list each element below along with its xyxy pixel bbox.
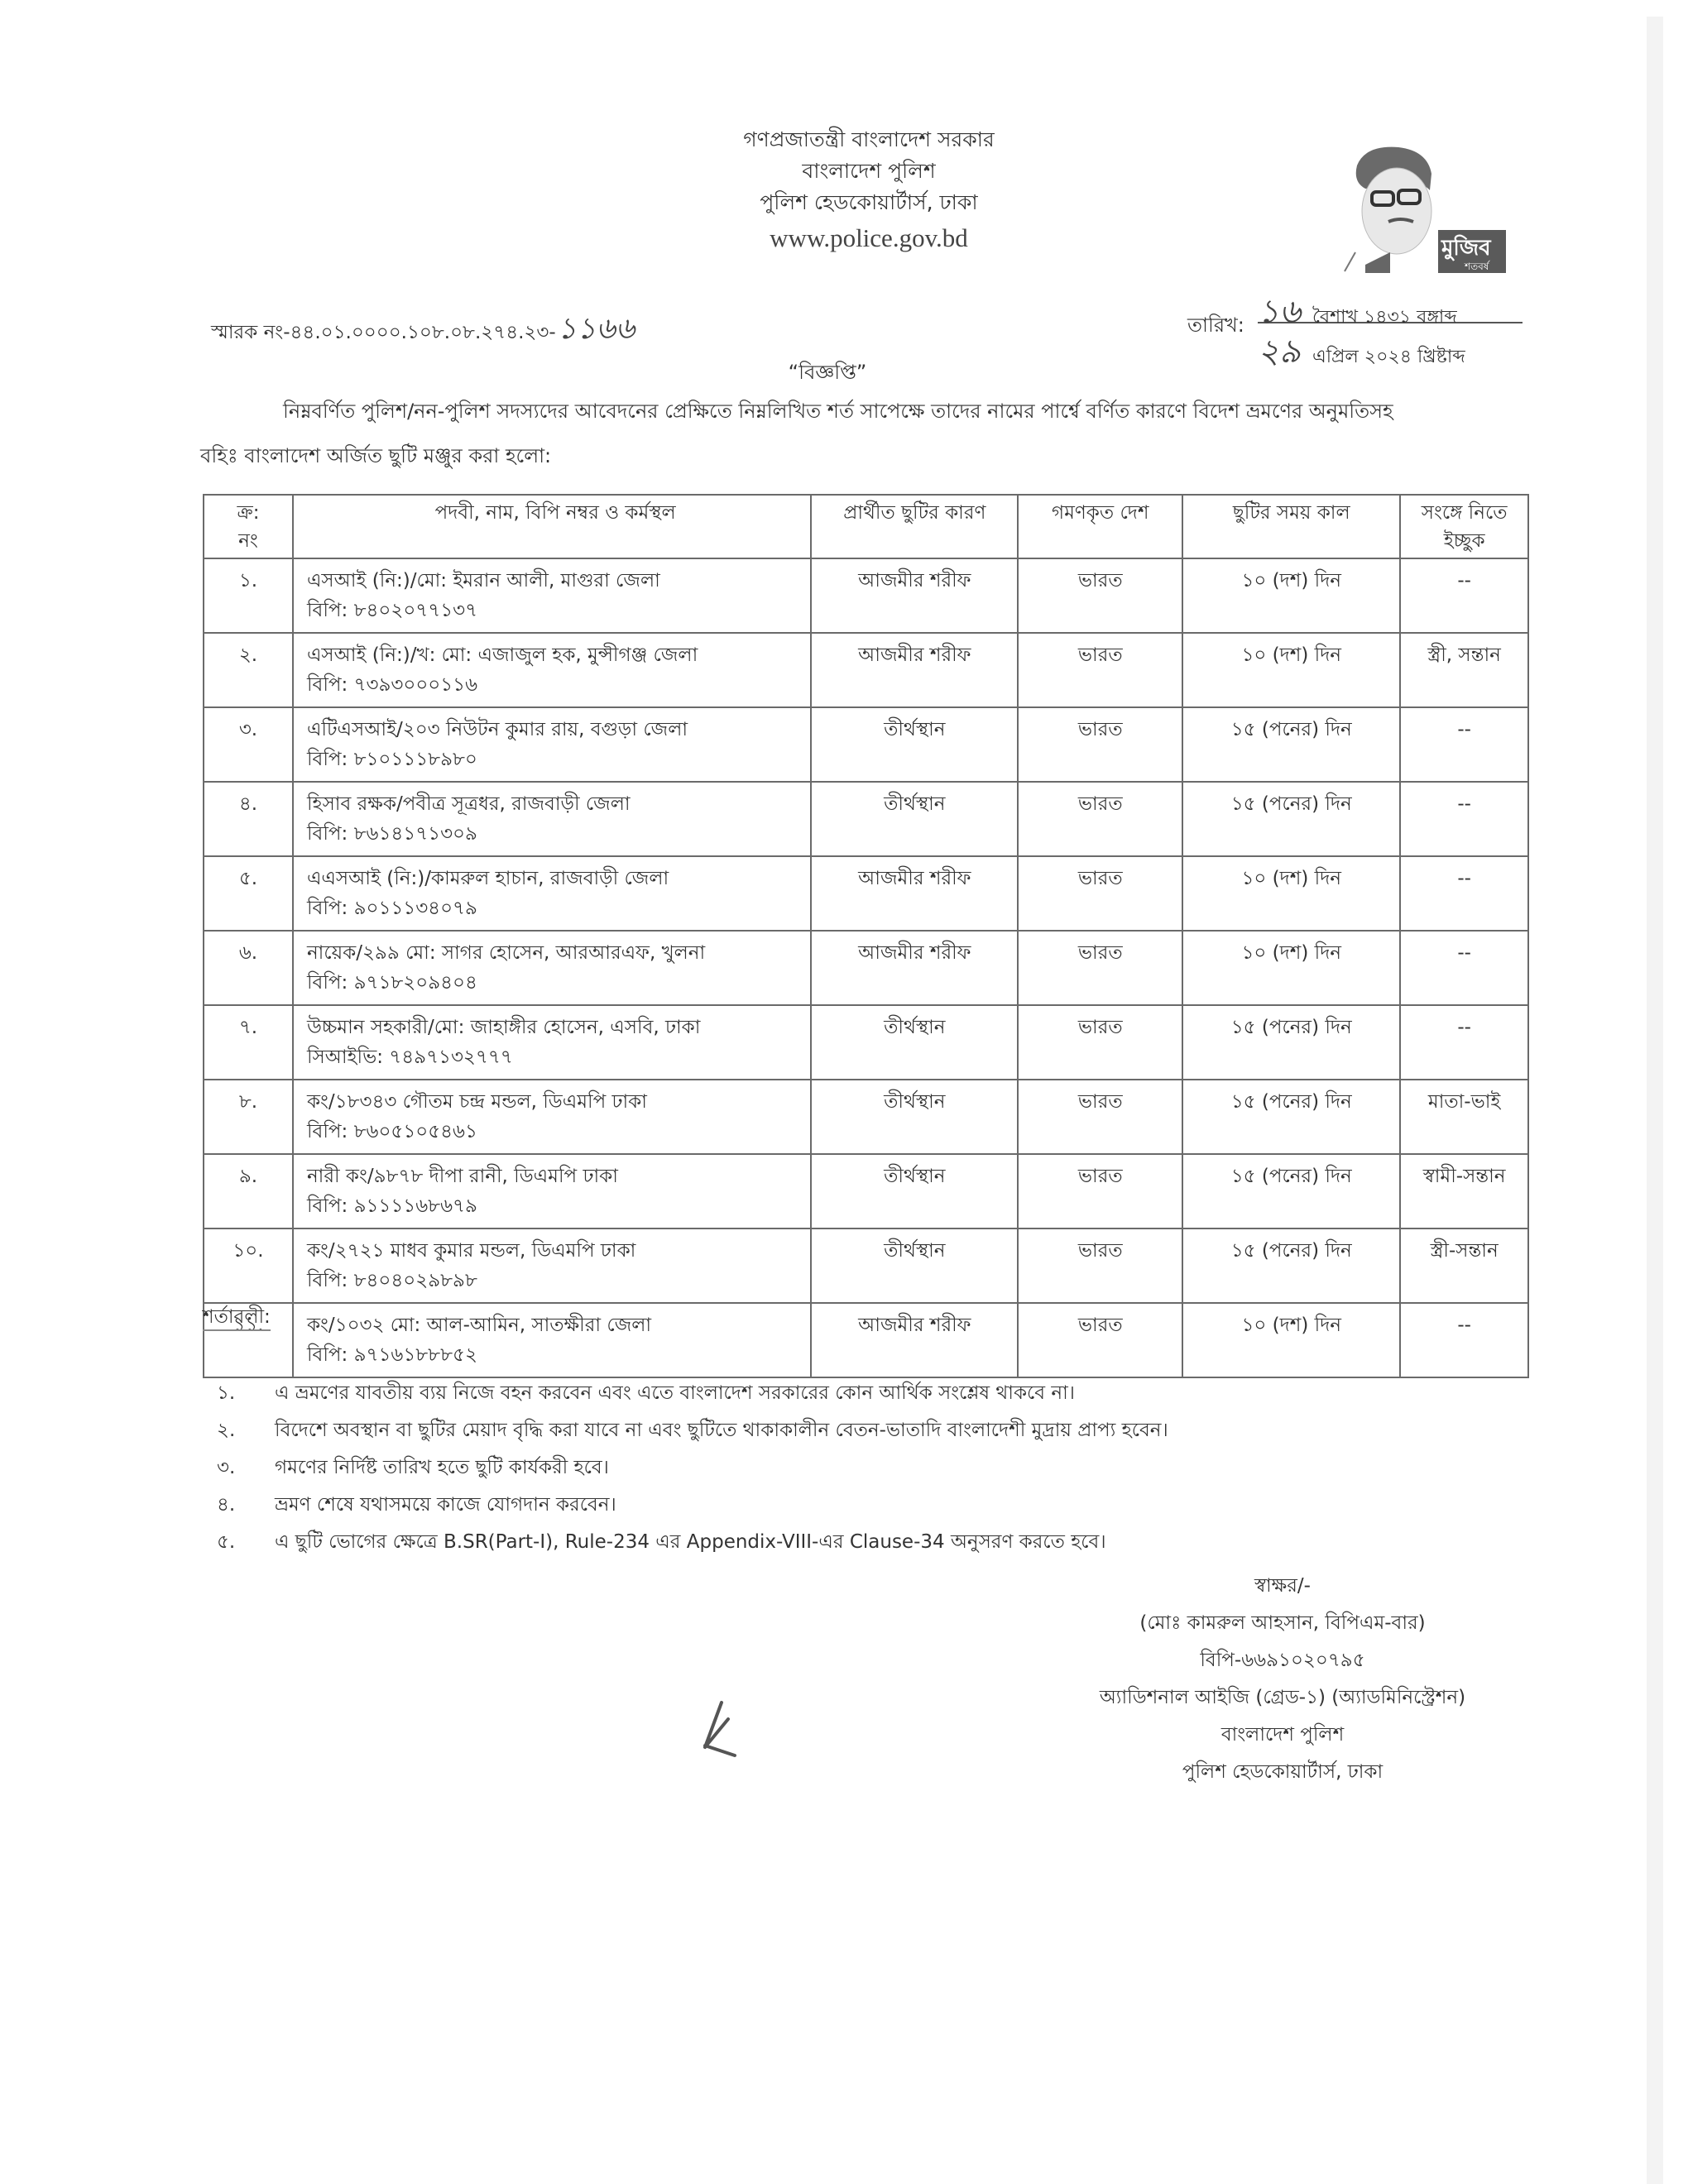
cell-country: ভারত <box>1018 1080 1182 1154</box>
letterhead: গণপ্রজাতন্ত্রী বাংলাদেশ সরকার বাংলাদেশ প… <box>579 124 1158 256</box>
cell-serial: ৬. <box>204 931 293 1005</box>
intro-line-1: নিম্নবর্ণিত পুলিশ/নন-পুলিশ সদস্যদের আবেদ… <box>200 389 1607 433</box>
cell-country: ভারত <box>1018 558 1182 633</box>
cell-period: ১০ (দশ) দিন <box>1182 1303 1400 1377</box>
cell-name: কং/২৭২১ মাধব কুমার মন্ডল, ডিএমপি ঢাকাবিপ… <box>293 1228 811 1303</box>
cell-country: ভারত <box>1018 782 1182 856</box>
cell-name: কং/১০৩২ মো: আল-আমিন, সাতক্ষীরা জেলাবিপি:… <box>293 1303 811 1377</box>
scan-edge-shadow <box>1647 17 1663 2184</box>
header-reason: প্রার্থীত ছুটির কারণ <box>811 495 1018 558</box>
cell-reason: আজমীর শরীফ <box>811 633 1018 707</box>
intro-line-2: বহিঃ বাংলাদেশ অর্জিত ছুটি মঞ্জুর করা হলো… <box>200 433 1607 478</box>
condition-text: ভ্রমণ শেষে যথাসময়ে কাজে যোগদান করবেন। <box>275 1494 616 1516</box>
member-bp-number: বিপি: ৮৬০৫১০৫৪৬১ <box>307 1117 803 1147</box>
cell-country: ভারত <box>1018 707 1182 782</box>
header-serial: ক্র:নং <box>204 495 293 558</box>
cell-name: হিসাব রক্ষক/পবীত্র সূত্রধর, রাজবাড়ী জেল… <box>293 782 811 856</box>
cell-name: নায়েক/২৯৯ মো: সাগর হোসেন, আরআরএফ, খুলনা… <box>293 931 811 1005</box>
signature-signed: স্বাক্ষর/- <box>1084 1568 1481 1605</box>
cell-period: ১৫ (পনের) দিন <box>1182 1228 1400 1303</box>
table-row: ২.এসআই (নি:)/খ: মো: এজাজুল হক, মুন্সীগঞ্… <box>204 633 1528 707</box>
cell-companions: স্বামী-সন্তান <box>1400 1154 1528 1228</box>
cell-country: ভারত <box>1018 931 1182 1005</box>
signatory-bp: বিপি-৬৬৯১০২০৭৯৫ <box>1084 1642 1481 1679</box>
cell-period: ১৫ (পনের) দিন <box>1182 1154 1400 1228</box>
member-name: কং/২৭২১ মাধব কুমার মন্ডল, ডিএমপি ঢাকা <box>307 1236 803 1266</box>
cell-companions: -- <box>1400 558 1528 633</box>
cell-serial: ৭. <box>204 1005 293 1080</box>
conditions-title: শর্তাবলী: <box>203 1305 271 1331</box>
condition-text: এ ভ্রমণের যাবতীয় ব্যয় নিজে বহন করবেন এ… <box>275 1382 1075 1404</box>
member-name: নায়েক/২৯৯ মো: সাগর হোসেন, আরআরএফ, খুলনা <box>307 938 803 968</box>
date-label: তারিখ: <box>1187 310 1244 343</box>
notice-title: “বিজ্ঞপ্তি” <box>0 357 1688 390</box>
condition-number: ২. <box>217 1412 275 1449</box>
svg-text:শতবর্ষ: শতবর্ষ <box>1464 261 1491 272</box>
condition-item: ২.বিদেশে অবস্থান বা ছুটির মেয়াদ বৃদ্ধি … <box>217 1412 1541 1449</box>
memo-number: স্মারক নং-৪৪.০১.০০০০.১০৮.০৮.২৭৪.২৩-১১৬৬ <box>211 306 635 356</box>
member-name: কং/১০৩২ মো: আল-আমিন, সাতক্ষীরা জেলা <box>307 1310 803 1340</box>
signatory-designation: অ্যাডিশনাল আইজি (গ্রেড-১) (অ্যাডমিনিস্ট্… <box>1084 1679 1481 1717</box>
cell-serial: ২. <box>204 633 293 707</box>
member-name: কং/১৮৩৪৩ গৌতম চন্দ্র মন্ডল, ডিএমপি ঢাকা <box>307 1087 803 1117</box>
cell-period: ১০ (দশ) দিন <box>1182 931 1400 1005</box>
condition-item: ৪.ভ্রমণ শেষে যথাসময়ে কাজে যোগদান করবেন। <box>217 1487 1541 1524</box>
cell-companions: -- <box>1400 1303 1528 1377</box>
cell-period: ১৫ (পনের) দিন <box>1182 1005 1400 1080</box>
signature-block: স্বাক্ষর/- (মোঃ কামরুল আহসান, বিপিএম-বার… <box>1084 1568 1481 1791</box>
letterhead-office: পুলিশ হেডকোয়ার্টার্স, ঢাকা <box>579 187 1158 218</box>
cell-name: কং/১৮৩৪৩ গৌতম চন্দ্র মন্ডল, ডিএমপি ঢাকাব… <box>293 1080 811 1154</box>
mujib-borsho-portrait-logo-icon: মুজিব শতবর্ষ <box>1307 141 1523 273</box>
cell-period: ১০ (দশ) দিন <box>1182 633 1400 707</box>
condition-text: বিদেশে অবস্থান বা ছুটির মেয়াদ বৃদ্ধি কর… <box>275 1420 1168 1441</box>
table-row: ১.এসআই (নি:)/মো: ইমরান আলী, মাগুরা জেলাব… <box>204 558 1528 633</box>
cell-country: ভারত <box>1018 1303 1182 1377</box>
member-bp-number: বিপি: ৯০১১১৩৪০৭৯ <box>307 893 803 923</box>
cell-reason: তীর্থস্থান <box>811 782 1018 856</box>
condition-text: এ ছুটি ভোগের ক্ষেত্রে B.SR(Part-I), Rule… <box>275 1531 1106 1553</box>
header-country: গমণকৃত দেশ <box>1018 495 1182 558</box>
cell-serial: ৫. <box>204 856 293 931</box>
cell-serial: ৯. <box>204 1154 293 1228</box>
cell-country: ভারত <box>1018 1228 1182 1303</box>
cell-companions: স্ত্রী-সন্তান <box>1400 1228 1528 1303</box>
member-bp-number: বিপি: ৯১১১১৬৮৬৭৯ <box>307 1191 803 1221</box>
cell-reason: আজমীর শরীফ <box>811 558 1018 633</box>
member-bp-number: সিআইভি: ৭৪৯৭১৩২৭৭৭ <box>307 1042 803 1072</box>
signatory-office: পুলিশ হেডকোয়ার্টার্স, ঢাকা <box>1084 1754 1481 1791</box>
member-bp-number: বিপি: ৮৪০২০৭৭১৩৭ <box>307 596 803 625</box>
signatory-name: (মোঃ কামরুল আহসান, বিপিএম-বার) <box>1084 1605 1481 1642</box>
leave-table: ক্র:নং পদবী, নাম, বিপি নম্বর ও কর্মস্থল … <box>203 494 1529 1378</box>
condition-number: ৩. <box>217 1449 275 1487</box>
cell-reason: তীর্থস্থান <box>811 707 1018 782</box>
cell-companions: -- <box>1400 1005 1528 1080</box>
condition-item: ৩.গমণের নির্দিষ্ট তারিখ হতে ছুটি কার্যকর… <box>217 1449 1541 1487</box>
member-bp-number: বিপি: ৯৭১৬১৮৮৮৫২ <box>307 1340 803 1370</box>
cell-period: ১৫ (পনের) দিন <box>1182 707 1400 782</box>
member-name: এসআই (নি:)/খ: মো: এজাজুল হক, মুন্সীগঞ্জ … <box>307 640 803 670</box>
member-bp-number: বিপি: ৮৪০৪০২৯৮৯৮ <box>307 1266 803 1296</box>
table-row: ৫.এএসআই (নি:)/কামরুল হাচান, রাজবাড়ী জেল… <box>204 856 1528 931</box>
cell-companions: মাতা-ভাই <box>1400 1080 1528 1154</box>
signatory-organization: বাংলাদেশ পুলিশ <box>1084 1717 1481 1754</box>
cell-period: ১০ (দশ) দিন <box>1182 856 1400 931</box>
cell-period: ১০ (দশ) দিন <box>1182 558 1400 633</box>
table-row: ৬.নায়েক/২৯৯ মো: সাগর হোসেন, আরআরএফ, খুল… <box>204 931 1528 1005</box>
table-row: ১১.কং/১০৩২ মো: আল-আমিন, সাতক্ষীরা জেলাবি… <box>204 1303 1528 1377</box>
cell-name: নারী কং/৯৮৭৮ দীপা রানী, ডিএমপি ঢাকাবিপি:… <box>293 1154 811 1228</box>
date-block: তারিখ: ১৬বৈশাখ ১৪৩১ বঙ্গাব্দ ২৯এপ্রিল ২০… <box>1187 285 1535 368</box>
memo-label: স্মারক নং-৪৪.০১.০০০০.১০৮.০৮.২৭৪.২৩- <box>211 322 556 343</box>
handwritten-initial-icon <box>695 1696 753 1762</box>
member-name: এএসআই (নি:)/কামরুল হাচান, রাজবাড়ী জেলা <box>307 864 803 893</box>
cell-reason: তীর্থস্থান <box>811 1228 1018 1303</box>
condition-number: ৫. <box>217 1524 275 1561</box>
table-header-row: ক্র:নং পদবী, নাম, বিপি নম্বর ও কর্মস্থল … <box>204 495 1528 558</box>
cell-companions: -- <box>1400 856 1528 931</box>
cell-reason: আজমীর শরীফ <box>811 931 1018 1005</box>
cell-period: ১৫ (পনের) দিন <box>1182 782 1400 856</box>
conditions-list: ১.এ ভ্রমণের যাবতীয় ব্যয় নিজে বহন করবেন… <box>217 1375 1541 1561</box>
member-bp-number: বিপি: ৮১০১১১৮৯৮০ <box>307 745 803 774</box>
condition-item: ৫.এ ছুটি ভোগের ক্ষেত্রে B.SR(Part-I), Ru… <box>217 1524 1541 1561</box>
member-bp-number: বিপি: ৭৩৯৩০০০১১৬ <box>307 670 803 700</box>
cell-reason: আজমীর শরীফ <box>811 856 1018 931</box>
condition-number: ৪. <box>217 1487 275 1524</box>
cell-country: ভারত <box>1018 1005 1182 1080</box>
table-row: ৩.এটিএসআই/২০৩ নিউটন কুমার রায়, বগুড়া জ… <box>204 707 1528 782</box>
cell-name: এটিএসআই/২০৩ নিউটন কুমার রায়, বগুড়া জেল… <box>293 707 811 782</box>
cell-name: উচ্চমান সহকারী/মো: জাহাঙ্গীর হোসেন, এসবি… <box>293 1005 811 1080</box>
member-bp-number: বিপি: ৮৬১৪১৭১৩০৯ <box>307 819 803 849</box>
member-bp-number: বিপি: ৯৭১৮২০৯৪০৪ <box>307 968 803 998</box>
header-name: পদবী, নাম, বিপি নম্বর ও কর্মস্থল <box>293 495 811 558</box>
cell-country: ভারত <box>1018 856 1182 931</box>
cell-name: এসআই (নি:)/মো: ইমরান আলী, মাগুরা জেলাবিপ… <box>293 558 811 633</box>
condition-item: ১.এ ভ্রমণের যাবতীয় ব্যয় নিজে বহন করবেন… <box>217 1375 1541 1412</box>
cell-name: এসআই (নি:)/খ: মো: এজাজুল হক, মুন্সীগঞ্জ … <box>293 633 811 707</box>
member-name: উচ্চমান সহকারী/মো: জাহাঙ্গীর হোসেন, এসবি… <box>307 1013 803 1042</box>
svg-text:মুজিব: মুজিব <box>1441 234 1492 261</box>
cell-companions: -- <box>1400 707 1528 782</box>
cell-companions: -- <box>1400 782 1528 856</box>
condition-text: গমণের নির্দিষ্ট তারিখ হতে ছুটি কার্যকরী … <box>275 1457 609 1478</box>
memo-handwritten-number: ১১৬৬ <box>558 312 635 346</box>
cell-reason: তীর্থস্থান <box>811 1154 1018 1228</box>
cell-name: এএসআই (নি:)/কামরুল হাচান, রাজবাড়ী জেলাব… <box>293 856 811 931</box>
notice-intro: নিম্নবর্ণিত পুলিশ/নন-পুলিশ সদস্যদের আবেদ… <box>200 389 1607 478</box>
letterhead-government: গণপ্রজাতন্ত্রী বাংলাদেশ সরকার <box>579 124 1158 156</box>
cell-companions: -- <box>1400 931 1528 1005</box>
member-name: এটিএসআই/২০৩ নিউটন কুমার রায়, বগুড়া জেল… <box>307 715 803 745</box>
cell-reason: তীর্থস্থান <box>811 1005 1018 1080</box>
member-name: হিসাব রক্ষক/পবীত্র সূত্রধর, রাজবাড়ী জেল… <box>307 789 803 819</box>
cell-serial: ১০. <box>204 1228 293 1303</box>
header-companions: সংঙ্গে নিতেইচ্ছুক <box>1400 495 1528 558</box>
cell-country: ভারত <box>1018 633 1182 707</box>
table-row: ৮.কং/১৮৩৪৩ গৌতম চন্দ্র মন্ডল, ডিএমপি ঢাক… <box>204 1080 1528 1154</box>
table-row: ১০.কং/২৭২১ মাধব কুমার মন্ডল, ডিএমপি ঢাকা… <box>204 1228 1528 1303</box>
cell-reason: আজমীর শরীফ <box>811 1303 1018 1377</box>
cell-serial: ১. <box>204 558 293 633</box>
cell-companions: স্ত্রী, সন্তান <box>1400 633 1528 707</box>
condition-number: ১. <box>217 1375 275 1412</box>
letterhead-website: www.police.gov.bd <box>579 220 1158 256</box>
bangla-date: ১৬বৈশাখ ১৪৩১ বঙ্গাব্দ <box>1258 285 1523 323</box>
table-row: ৭.উচ্চমান সহকারী/মো: জাহাঙ্গীর হোসেন, এস… <box>204 1005 1528 1080</box>
cell-serial: ৩. <box>204 707 293 782</box>
cell-period: ১৫ (পনের) দিন <box>1182 1080 1400 1154</box>
member-name: নারী কং/৯৮৭৮ দীপা রানী, ডিএমপি ঢাকা <box>307 1161 803 1191</box>
table-row: ৯.নারী কং/৯৮৭৮ দীপা রানী, ডিএমপি ঢাকাবিপ… <box>204 1154 1528 1228</box>
member-name: এসআই (নি:)/মো: ইমরান আলী, মাগুরা জেলা <box>307 566 803 596</box>
table-row: ৪.হিসাব রক্ষক/পবীত্র সূত্রধর, রাজবাড়ী জ… <box>204 782 1528 856</box>
cell-serial: ৮. <box>204 1080 293 1154</box>
letterhead-organization: বাংলাদেশ পুলিশ <box>579 156 1158 187</box>
header-period: ছুটির সময় কাল <box>1182 495 1400 558</box>
cell-serial: ৪. <box>204 782 293 856</box>
cell-reason: তীর্থস্থান <box>811 1080 1018 1154</box>
cell-country: ভারত <box>1018 1154 1182 1228</box>
